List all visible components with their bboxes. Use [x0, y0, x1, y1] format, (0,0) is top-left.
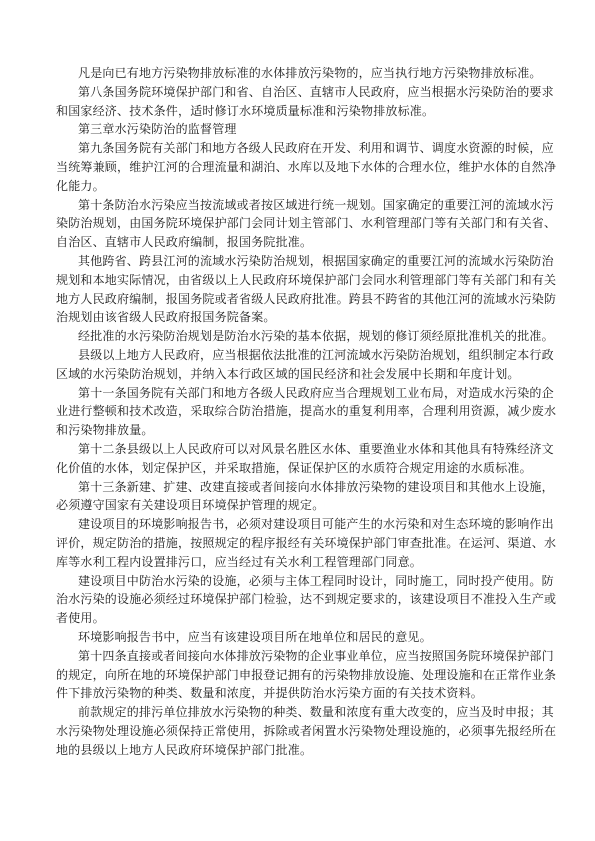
paragraph-article-12: 第十二条县级以上人民政府可以对风景名胜区水体、重要渔业水体和其他具有特殊经济文 …	[56, 440, 542, 478]
text-line: 第十三条新建、扩建、改建直接或者间接向水体排放污染物的建设项目和其他水上设施，	[56, 478, 542, 497]
text-line: 其他跨省、跨县江河的流域水污染防治规划，根据国家确定的重要江河的流域水污染防治	[56, 252, 542, 271]
text-line: 环境影响报告书中，应当有该建设项目所在地单位和居民的意见。	[56, 628, 542, 647]
text-line: 治规划由该省级人民政府报国务院备案。	[56, 308, 542, 327]
paragraph: 建设项目的环境影响报告书，必须对建设项目可能产生的水污染和对生态环境的影响作出 …	[56, 515, 542, 571]
text-line: 第十二条县级以上人民政府可以对风景名胜区水体、重要渔业水体和其他具有特殊经济文	[56, 440, 542, 459]
paragraph-article-13: 第十三条新建、扩建、改建直接或者间接向水体排放污染物的建设项目和其他水上设施， …	[56, 478, 542, 516]
text-line: 和国家经济、技术条件，适时修订水环境质量标准和污染物排放标准。	[56, 102, 542, 121]
text-line: 第十条防治水污染应当按流域或者按区域进行统一规划。国家确定的重要江河的流域水污	[56, 196, 542, 215]
text-line: 经批准的水污染防治规划是防治水污染的基本依据，规划的修订须经原批准机关的批准。	[56, 327, 542, 346]
text-line: 的规定，向所在地的环境保护部门申报登记拥有的污染物排放设施、处理设施和在正常作业…	[56, 666, 542, 685]
paragraph-article-14: 第十四条直接或者间接向水体排放污染物的企业事业单位，应当按照国务院环境保护部门 …	[56, 647, 542, 703]
text-line: 件下排放污染物的种类、数量和浓度，并提供防治水污染方面的有关技术资料。	[56, 684, 542, 703]
text-line: 评价，规定防治的措施，按照规定的程序报经有关环境保护部门审查批准。在运河、渠道、…	[56, 534, 542, 553]
paragraph: 凡是向已有地方污染物排放标准的水体排放污染物的，应当执行地方污染物排放标准。	[56, 64, 542, 83]
text-line: 化价值的水体，划定保护区，并采取措施，保证保护区的水质符合规定用途的水质标准。	[56, 459, 542, 478]
text-line: 业进行整顿和技术改造，采取综合防治措施，提高水的重复利用率，合理利用资源，减少废…	[56, 402, 542, 421]
text-line: 第八条国务院环境保护部门和省、自治区、直辖市人民政府，应当根据水污染防治的要求	[56, 83, 542, 102]
text-line: 规划和本地实际情况，由省级以上人民政府环境保护部门会同水利管理部门等有关部门和有…	[56, 271, 542, 290]
paragraph: 经批准的水污染防治规划是防治水污染的基本依据，规划的修订须经原批准机关的批准。	[56, 327, 542, 346]
paragraph-article-11: 第十一条国务院有关部门和地方各级人民政府应当合理规划工业布局，对造成水污染的企 …	[56, 384, 542, 440]
text-line: 和污染物排放量。	[56, 421, 542, 440]
text-line: 库等水利工程内设置排污口，应当经过有关水利工程管理部门同意。	[56, 553, 542, 572]
text-line: 必须遵守国家有关建设项目环境保护管理的规定。	[56, 496, 542, 515]
text-line: 县级以上地方人民政府，应当根据依法批准的江河流域水污染防治规划，组织制定本行政	[56, 346, 542, 365]
document-page: 凡是向已有地方污染物排放标准的水体排放污染物的，应当执行地方污染物排放标准。 第…	[56, 64, 542, 759]
text-line: 第九条国务院有关部门和地方各级人民政府在开发、利用和调节、调度水资源的时候，应	[56, 139, 542, 158]
text-line: 第十四条直接或者间接向水体排放污染物的企业事业单位，应当按照国务院环境保护部门	[56, 647, 542, 666]
text-line: 者使用。	[56, 609, 542, 628]
text-line: 染防治规划，由国务院环境保护部门会同计划主管部门、水利管理部门等有关部门和有关省…	[56, 214, 542, 233]
chapter-title: 第三章水污染防治的监督管理	[56, 120, 542, 139]
paragraph: 建设项目中防治水污染的设施，必须与主体工程同时设计，同时施工，同时投产使用。防 …	[56, 572, 542, 628]
paragraph-article-10: 第十条防治水污染应当按流域或者按区域进行统一规划。国家确定的重要江河的流域水污 …	[56, 196, 542, 252]
text-line: 化能力。	[56, 177, 542, 196]
text-line: 建设项目的环境影响报告书，必须对建设项目可能产生的水污染和对生态环境的影响作出	[56, 515, 542, 534]
paragraph-article-9: 第九条国务院有关部门和地方各级人民政府在开发、利用和调节、调度水资源的时候，应 …	[56, 139, 542, 195]
text-line: 地的县级以上地方人民政府环境保护部门批准。	[56, 741, 542, 760]
paragraph: 前款规定的排污单位排放水污染物的种类、数量和浓度有重大改变的，应当及时申报；其 …	[56, 703, 542, 759]
text-line: 水污染物处理设施必须保持正常使用，拆除或者闲置水污染物处理设施的，必须事先报经所…	[56, 722, 542, 741]
text-line: 第十一条国务院有关部门和地方各级人民政府应当合理规划工业布局，对造成水污染的企	[56, 384, 542, 403]
text-line: 治水污染的设施必须经过环境保护部门检验，达不到规定要求的，该建设项目不准投入生产…	[56, 590, 542, 609]
text-line: 建设项目中防治水污染的设施，必须与主体工程同时设计，同时施工，同时投产使用。防	[56, 572, 542, 591]
text-line: 地方人民政府编制，报国务院或者省级人民政府批准。跨县不跨省的其他江河的流域水污染…	[56, 290, 542, 309]
paragraph: 环境影响报告书中，应当有该建设项目所在地单位和居民的意见。	[56, 628, 542, 647]
paragraph: 县级以上地方人民政府，应当根据依法批准的江河流域水污染防治规划，组织制定本行政 …	[56, 346, 542, 384]
paragraph-article-8: 第八条国务院环境保护部门和省、自治区、直辖市人民政府，应当根据水污染防治的要求 …	[56, 83, 542, 121]
text-line: 自治区、直辖市人民政府编制，报国务院批准。	[56, 233, 542, 252]
chapter-heading: 第三章水污染防治的监督管理	[56, 120, 542, 139]
paragraph: 其他跨省、跨县江河的流域水污染防治规划，根据国家确定的重要江河的流域水污染防治 …	[56, 252, 542, 327]
text-line: 当统筹兼顾，维护江河的合理流量和湖泊、水库以及地下水体的合理水位，维护水体的自然…	[56, 158, 542, 177]
text-line: 区域的水污染防治规划，并纳入本行政区域的国民经济和社会发展中长期和年度计划。	[56, 365, 542, 384]
text-line: 前款规定的排污单位排放水污染物的种类、数量和浓度有重大改变的，应当及时申报；其	[56, 703, 542, 722]
text-line: 凡是向已有地方污染物排放标准的水体排放污染物的，应当执行地方污染物排放标准。	[56, 64, 542, 83]
